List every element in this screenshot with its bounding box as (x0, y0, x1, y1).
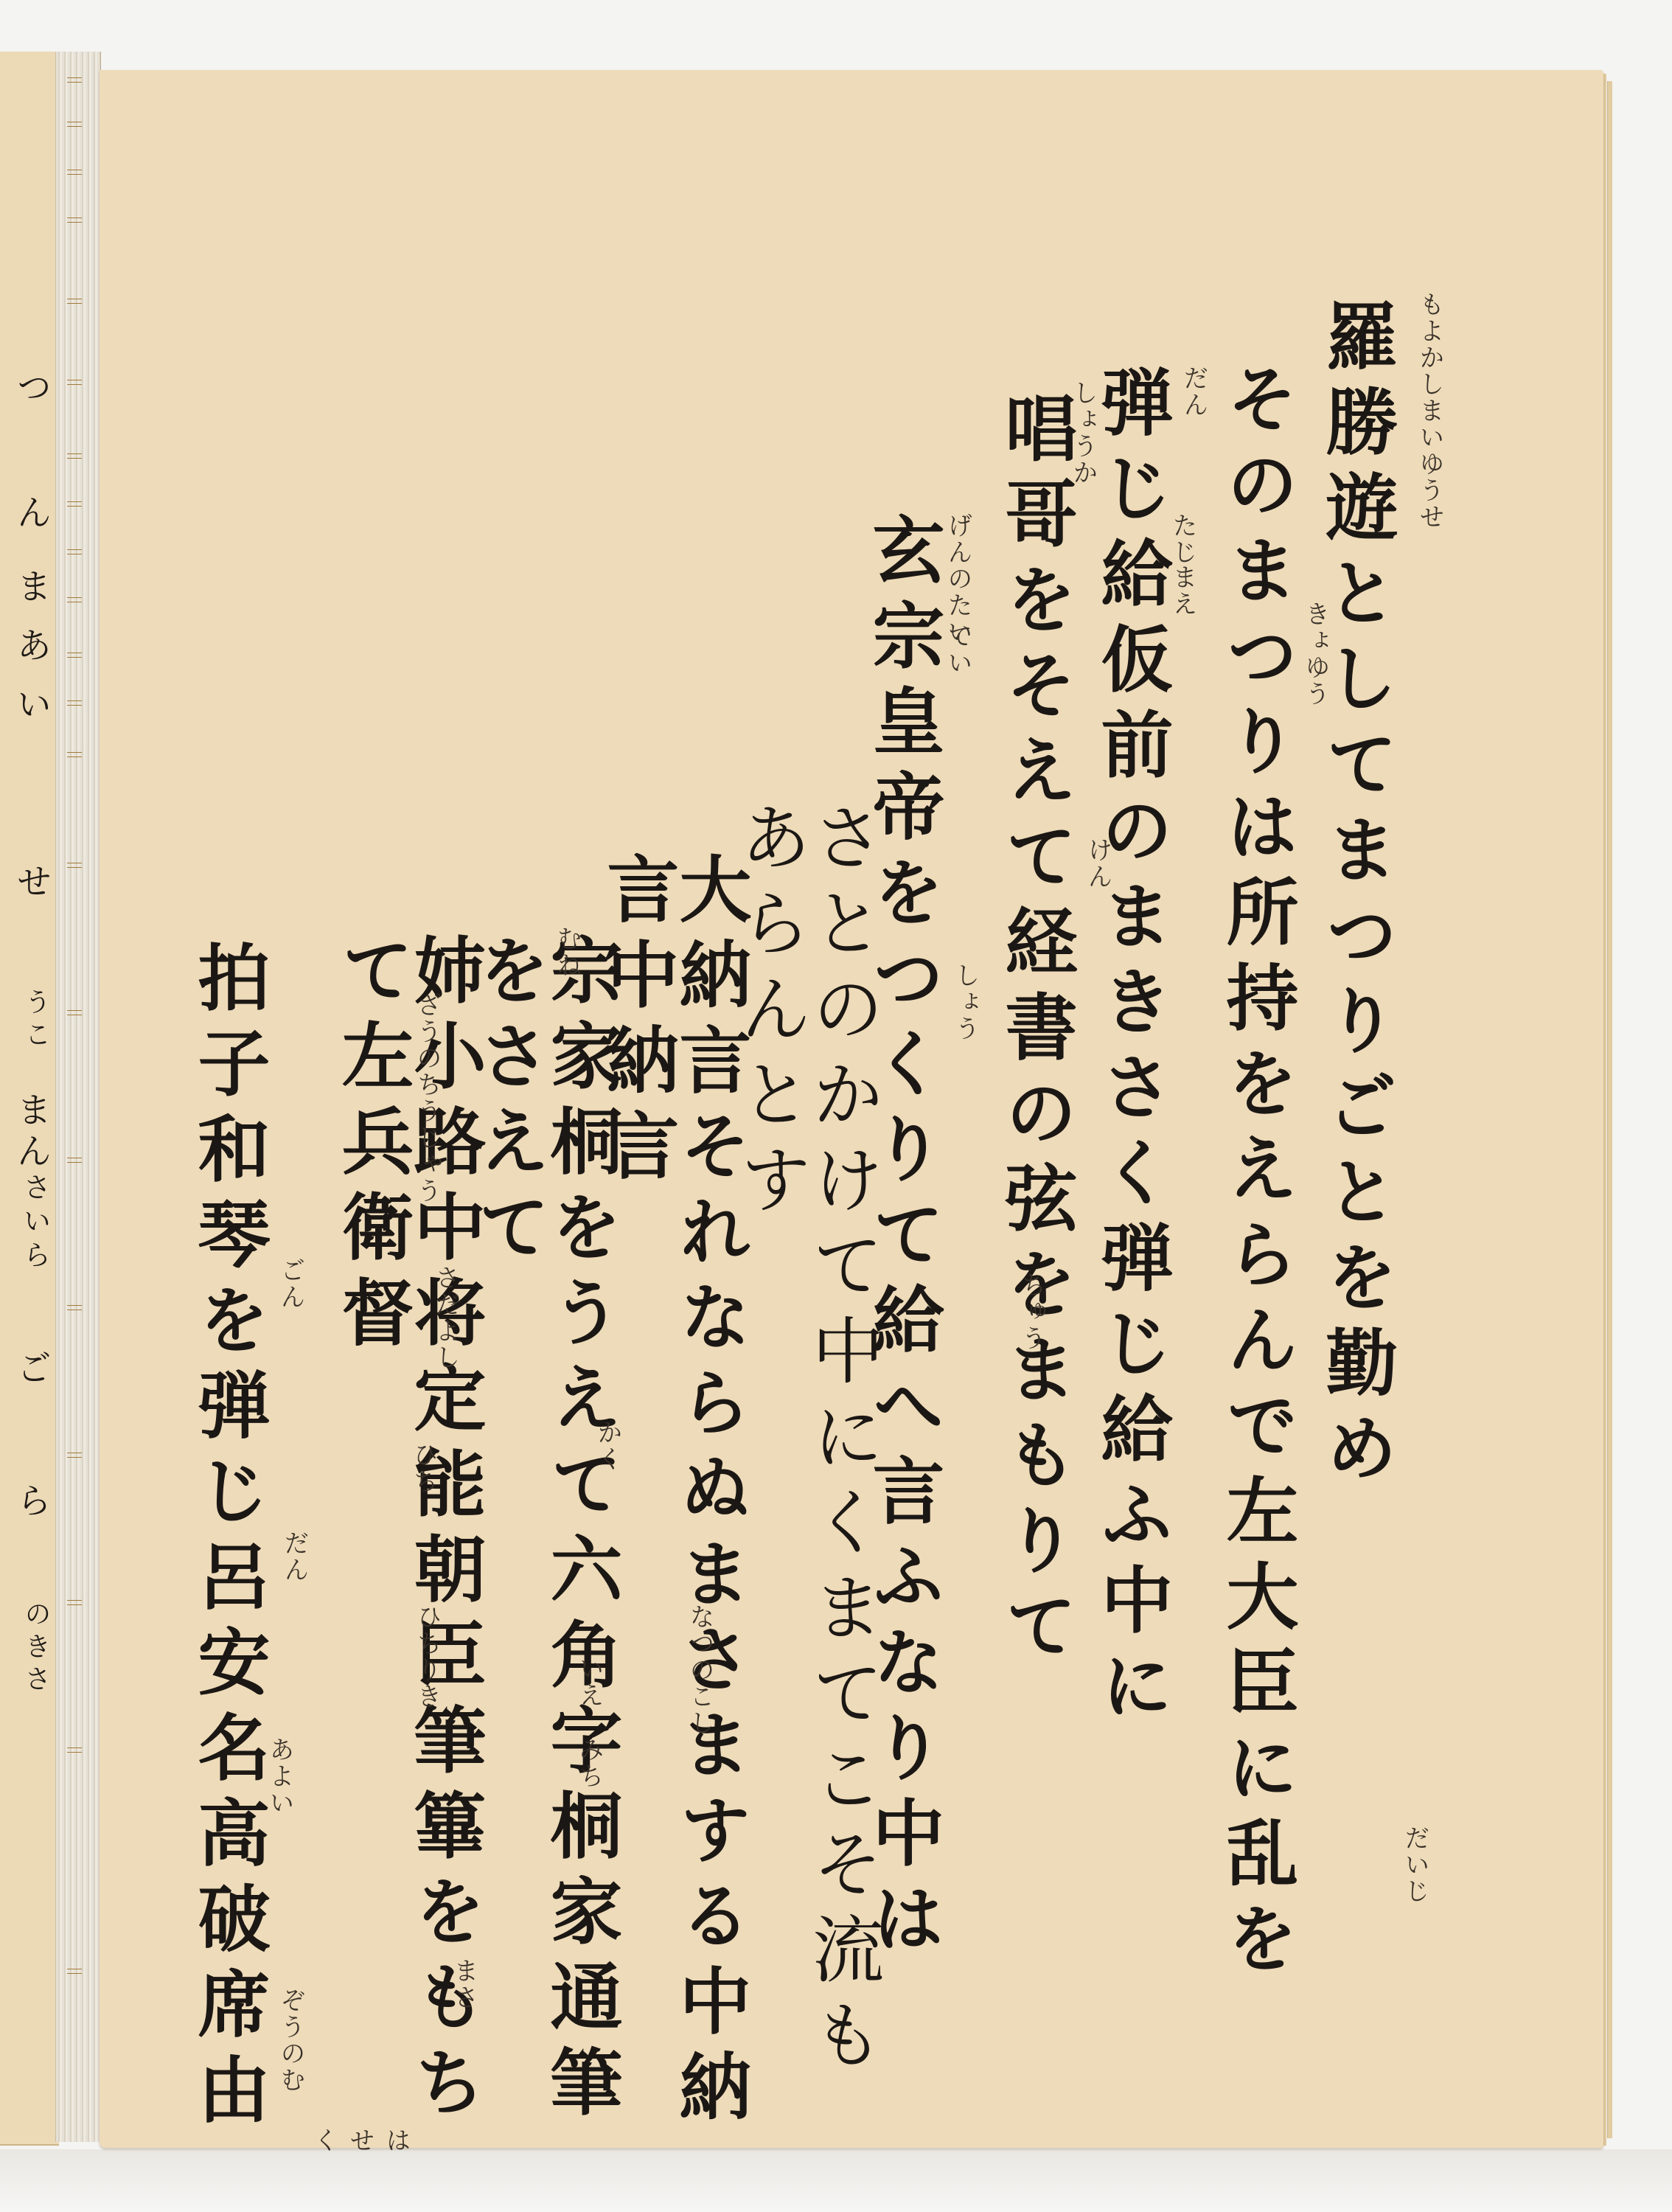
furigana: あよい (262, 1736, 298, 1816)
left-page-text-fragment: うこ (6, 988, 50, 1053)
left-page-text-fragment: ご (6, 1349, 50, 1391)
left-page-text-fragment: まん (6, 1091, 50, 1174)
furigana: てい (940, 623, 976, 676)
furigana: いえ (571, 1655, 607, 1708)
furigana: たじ (1165, 512, 1201, 566)
furigana: だん (1176, 365, 1212, 418)
furigana: けん (1080, 837, 1116, 890)
furigana: なつのこし (682, 1604, 718, 1736)
book-spine-binding (55, 52, 101, 2142)
right-page: 羅勝遊としてまつりごとを勤め もよかしまいゆうせ だいじ そのまつりは所持をえら… (100, 70, 1603, 2148)
text-column-6: さとのかけて中にくまてこそ流もあらんとす (734, 800, 878, 2148)
text-column-3: 弾じ給仮前のまきさく弾じ給ふ中に (1095, 365, 1167, 1733)
left-page: つ ん ま あ い せ うこ まん さいら ご ら のきさ (0, 52, 59, 2146)
furigana: だん (276, 1530, 313, 1583)
text-column-2: そのまつりは所持をえらんで左大臣に乱を (1220, 361, 1292, 1986)
page-edge (1607, 81, 1612, 2138)
left-page-text-fragment: つ (6, 369, 50, 410)
text-column-1: 羅勝遊としてまつりごとを勤め (1320, 299, 1392, 1496)
furigana: しょう (947, 962, 983, 1042)
left-page-text-fragment: ま (6, 568, 50, 609)
furigana: もよかしまいゆうせ (1412, 291, 1448, 530)
furigana: はせく (306, 2127, 414, 2154)
furigana: かく (590, 1419, 626, 1472)
left-page-text-fragment: ら (6, 1482, 50, 1523)
furigana: ぞうのむ (273, 1987, 309, 2093)
left-page-text-fragment: のきさ (6, 1600, 50, 1697)
furigana: みち (571, 1736, 607, 1790)
furigana: だいじ (1397, 1825, 1433, 1905)
furigana: ざうのちうじゃう (409, 992, 445, 1204)
furigana: まさ (446, 1958, 482, 2011)
left-page-text-fragment: い (6, 686, 50, 727)
furigana: ひち (405, 1441, 442, 1495)
furigana: むね (549, 925, 585, 978)
furigana: ちゅう (1014, 1272, 1050, 1352)
left-page-text-fragment: せ (6, 863, 50, 904)
left-page-text-fragment: さいら (6, 1172, 50, 1274)
furigana: しょうか (1065, 380, 1101, 486)
furigana: ひちりき (409, 1604, 445, 1710)
text-column-10: 拍子和琴を弾じ呂安名高破席由 (192, 940, 264, 2138)
table-surface (0, 2149, 1672, 2212)
text-column-8: 宗家桐をうえて六角字桐家通筆をさえて (472, 933, 616, 2148)
furigana: きょゆう (1297, 601, 1334, 707)
furigana: ごん (273, 1257, 309, 1310)
furigana: さだよし (428, 1265, 464, 1371)
furigana: まえ (1165, 564, 1201, 617)
left-page-text-fragment: あ (6, 627, 50, 668)
left-page-text-fragment: ん (6, 494, 50, 535)
text-column-4: 唱哥をそえて経書の弦をまもりて (999, 391, 1071, 1674)
